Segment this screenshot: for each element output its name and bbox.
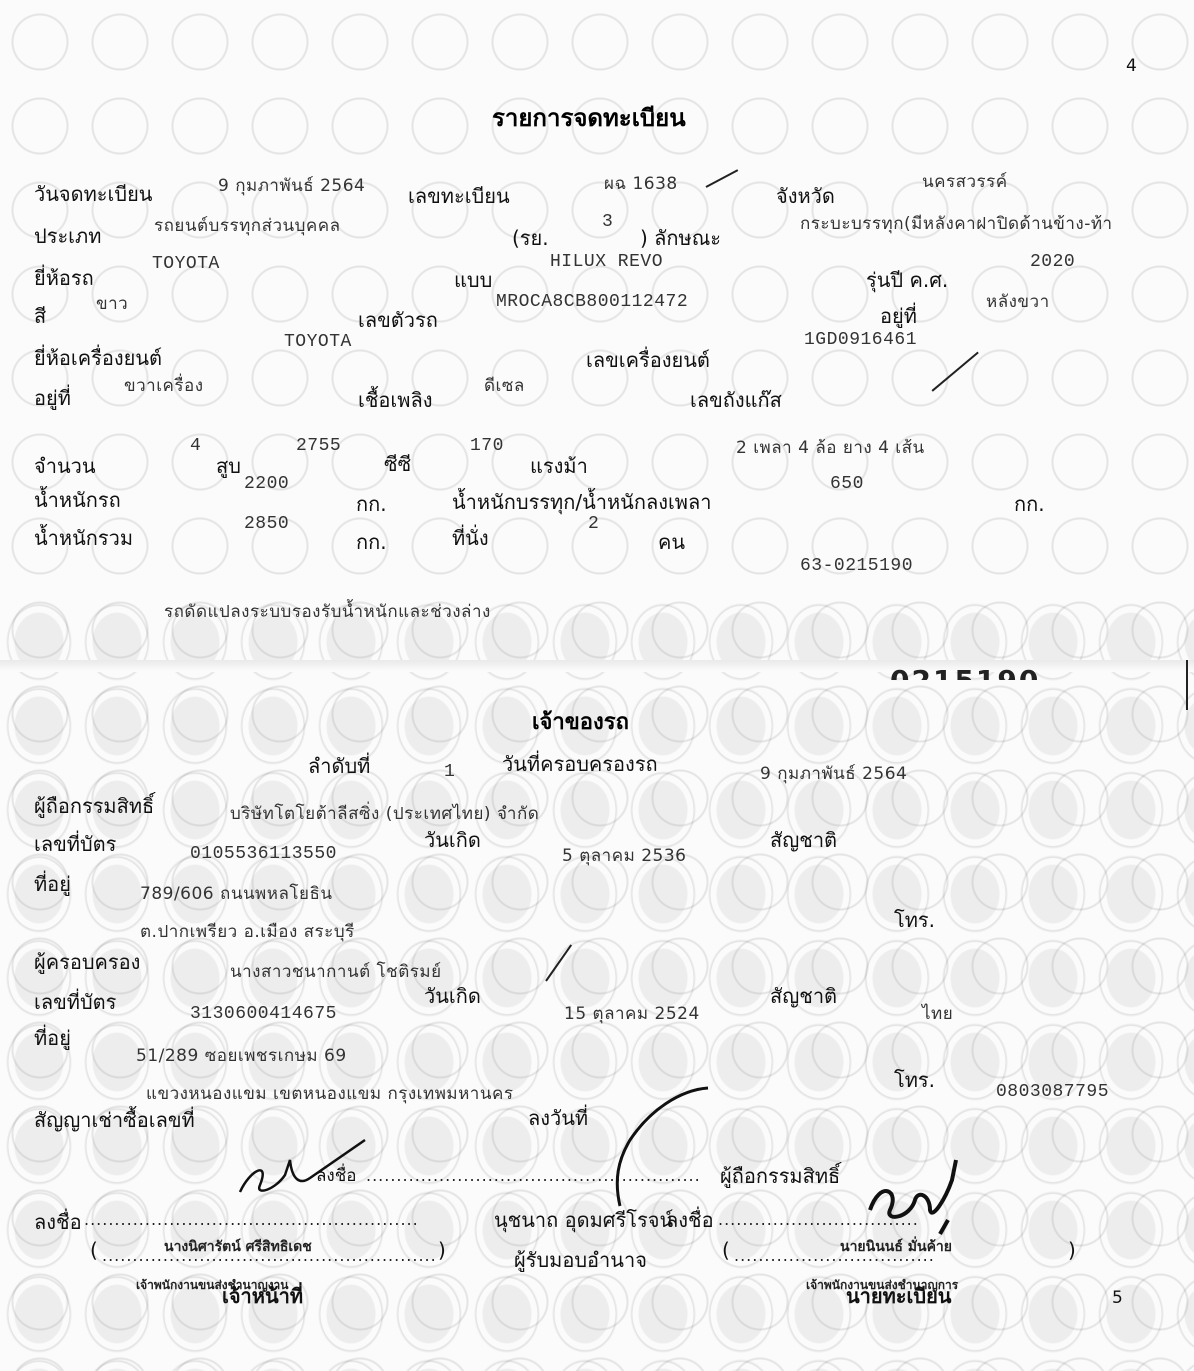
label-possessor-birth-date: วันเกิด [424,980,481,1012]
label-registration-date: วันจดทะเบียน [34,178,152,210]
registrar-name-line: ................................. [734,1246,935,1265]
value-type-code: 3 [602,212,613,232]
label-load-weight: น้ำหนักบรรทุก/น้ำหนักลงเพลา [452,486,711,518]
label-type-code-open: (รย. [512,222,549,254]
officer-paren-close: ) [438,1238,446,1262]
value-body-style: กระบะบรรทุก(มีหลังคาฝาปิดด้านข้าง-ท้า [800,210,1113,237]
label-cylinders: สูบ [216,450,241,482]
value-engine-number: 1GD0916461 [804,330,917,350]
value-model-year: 2020 [1030,252,1075,272]
value-possessor-name: นางสาวชนากานต์ โชติรมย์ [230,958,442,985]
value-horsepower: 170 [470,436,504,456]
value-province: นครสวรรค์ [922,168,1008,195]
value-possessor-nationality: ไทย [922,1000,953,1027]
value-possessor-address-line1: 51/289 ซอยเพชรเกษม 69 [136,1042,347,1069]
owner-signature [600,1080,720,1210]
label-officer-sign: ลงชื่อ [34,1206,82,1238]
value-possessor-phone: 0803087795 [996,1082,1109,1102]
cut-off-number: 0215190 [890,664,1040,680]
label-hire-purchase-number: สัญญาเช่าซื้อเลขที่ [34,1104,195,1136]
label-body-style: ) ลักษณะ [640,222,721,254]
registration-title: รายการจดทะเบียน [492,98,686,137]
value-axles-wheels-tires: 2 เพลา 4 ล้อ ยาง 4 เส้น [736,434,925,461]
officer-signature [230,1130,370,1200]
label-officer-role: เจ้าหน้าที่ [222,1280,303,1312]
label-fuel: เชื้อเพลิง [358,384,432,416]
value-type: รถยนต์บรรทุกส่วนบุคคล [154,212,341,239]
label-gas-tank-number: เลขถังแก๊ส [690,384,782,416]
label-owner-id: เลขที่บัตร [34,828,116,860]
owner-title: เจ้าของรถ [532,704,629,739]
label-seats: ที่นั่ง [452,522,489,554]
label-kg-2: กก. [1014,488,1045,520]
value-possessor-id: 3130600414675 [190,1004,337,1024]
value-remark: รถดัดแปลงระบบรองรับน้ำหนักและช่วงล่าง [164,598,491,625]
value-color: ขาว [96,290,128,317]
label-owner-address: ที่อยู่ [34,868,71,900]
value-sequence: 1 [444,762,455,782]
value-model: HILUX REVO [550,252,663,272]
value-possession-date: 9 กุมภาพันธ์ 2564 [760,760,907,787]
value-fuel: ดีเซล [484,372,525,399]
label-owner: ผู้ถือกรรมสิทธิ์ [34,790,154,822]
label-province: จังหวัด [776,180,835,212]
label-count: จำนวน [34,450,96,482]
value-cc: 2755 [296,436,341,456]
label-gross-weight: น้ำหนักรวม [34,522,133,554]
pen-tick-mark [706,169,739,188]
label-owner-nationality: สัญชาติ [770,824,837,856]
label-possessor-phone: โทร. [894,1064,935,1096]
value-owner-id: 0105536113550 [190,844,337,864]
label-engine-brand: ยี่ห้อเครื่องยนต์ [34,342,162,374]
label-owner-birth-date: วันเกิด [424,824,481,856]
label-persons: คน [658,526,685,558]
label-engine-number: เลขเครื่องยนต์ [586,344,710,376]
value-owner-name: บริษัทโตโยต้าลีสซิ่ง (ประเทศไทย) จำกัด [230,800,539,827]
value-gross-weight: 2850 [244,514,289,534]
label-kg-1: กก. [356,488,387,520]
label-horsepower: แรงม้า [530,450,588,482]
label-owner-phone: โทร. [894,904,935,936]
label-sequence: ลำดับที่ [308,750,370,782]
label-proxy-role: ผู้รับมอบอำนาจ [514,1244,647,1276]
officer-name-line: ........................................… [102,1246,437,1265]
label-possessor: ผู้ครอบครอง [34,946,140,978]
value-owner-address-line1: 789/606 ถนนพหลโยธิน [140,880,332,907]
page-number-top: 4 [1126,56,1137,76]
label-hire-purchase-date: ลงวันที่ [528,1102,588,1134]
registrar-signature [860,1150,980,1240]
pen-tick-mark [545,944,572,981]
label-brand: ยี่ห้อรถ [34,262,94,294]
value-registration-date: 9 กุมภาพันธ์ 2564 [218,172,365,199]
value-engine-location: ขวาเครื่อง [124,372,204,399]
label-chassis-number: เลขตัวรถ [358,304,438,336]
label-vehicle-weight: น้ำหนักรถ [34,484,121,516]
label-owner-role: ผู้ถือกรรมสิทธิ์ [720,1160,840,1192]
label-model: แบบ [454,264,492,296]
value-load-weight: 650 [830,474,864,494]
pen-tick-mark [932,352,979,392]
label-possessor-address: ที่อยู่ [34,1022,71,1054]
label-registrar-role: นายทะเบียน [846,1280,951,1312]
label-model-year: รุ่นปี ค.ศ. [866,264,948,296]
officer-paren-open: ( [90,1238,98,1262]
registrar-paren-open: ( [722,1238,730,1262]
registrar-paren-close: ) [1068,1238,1076,1262]
value-chassis-number: MROCA8CB800112472 [496,292,688,312]
label-kg-3: กก. [356,526,387,558]
value-seats: 2 [588,514,599,534]
value-cylinders: 4 [190,436,201,456]
value-chassis-location: หลังขวา [986,288,1050,315]
value-vehicle-weight: 2200 [244,474,289,494]
label-plate-number: เลขทะเบียน [408,180,510,212]
value-possessor-address-line2: แขวงหนองแขม เขตหนองแขม กรุงเทพมหานคร [146,1080,513,1107]
page-edge-mark [1186,660,1188,710]
label-possession-date: วันที่ครอบครองรถ [502,748,658,780]
label-color: สี [34,300,46,332]
label-cc: ซีซี [384,448,411,480]
label-type: ประเภท [34,220,101,252]
value-owner-birth-date: 5 ตุลาคม 2536 [562,842,686,869]
label-engine-location: อยู่ที่ [34,382,71,414]
value-owner-address-line2: ต.ปากเพรียว อ.เมือง สระบุรี [140,918,355,945]
page-number-bottom: 5 [1112,1288,1123,1308]
label-possessor-id: เลขที่บัตร [34,986,116,1018]
value-brand: TOYOTA [152,254,220,274]
value-possessor-birth-date: 15 ตุลาคม 2524 [564,1000,700,1027]
value-plate-number: ผฉ 1638 [604,170,678,197]
label-chassis-location: อยู่ที่ [880,300,917,332]
value-engine-brand: TOYOTA [284,332,352,352]
value-form-number: 63-0215190 [800,556,913,576]
label-possessor-nationality: สัญชาติ [770,980,837,1012]
officer-sign-line: ........................................… [84,1210,419,1229]
